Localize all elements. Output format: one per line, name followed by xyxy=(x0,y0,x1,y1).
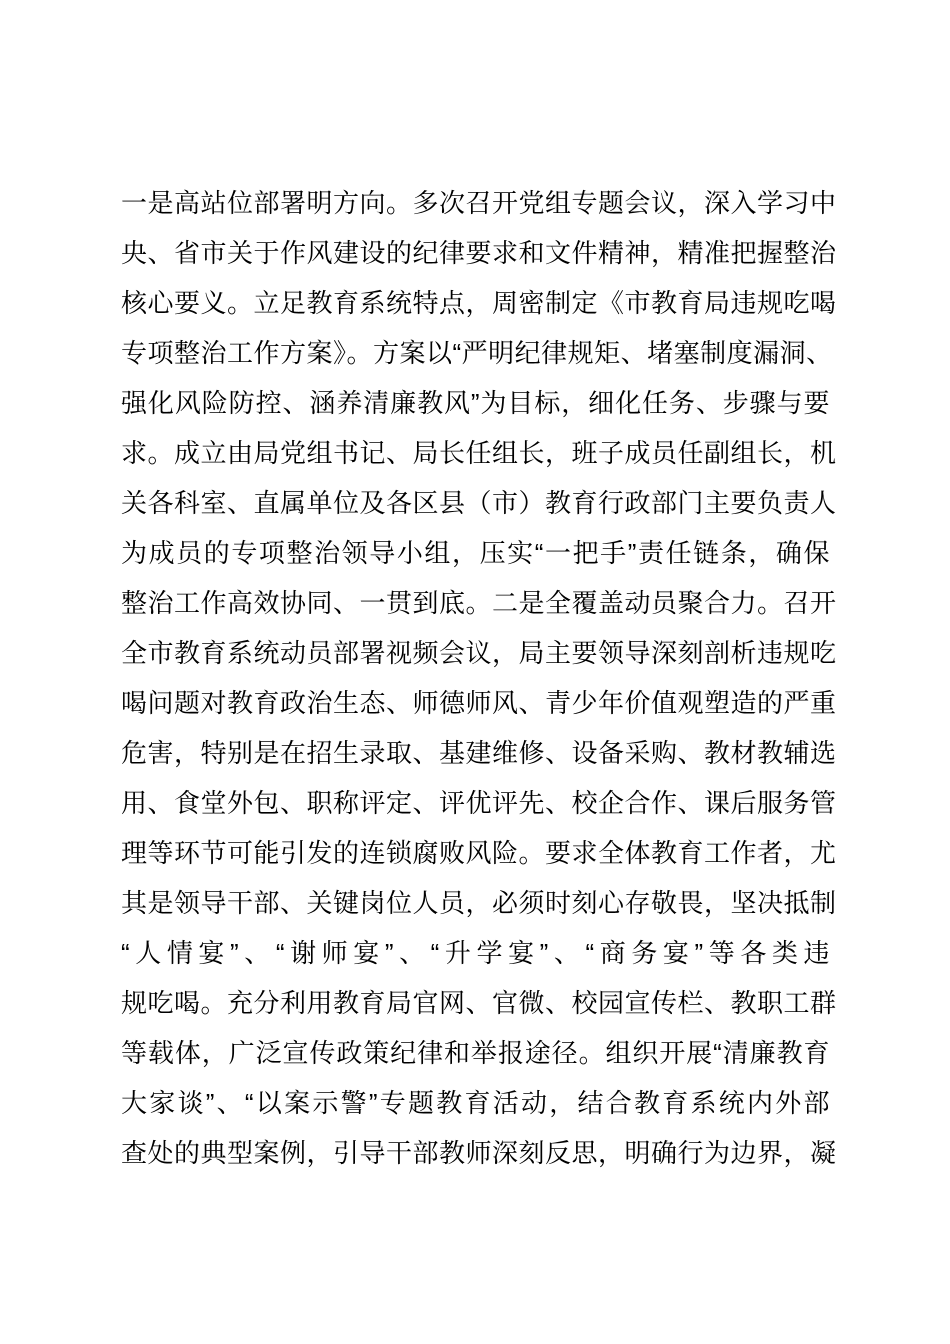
text-line: 规吃喝。充分利用教育局官网、官微、校园宣传栏、教职工群 xyxy=(121,978,830,1028)
text-line: 用、食堂外包、职称评定、评优评先、校企合作、课后服务管 xyxy=(121,778,830,828)
text-line: 为成员的专项整治领导小组，压实“一把手”责任链条，确保 xyxy=(121,528,830,578)
text-line: 强化风险防控、涵养清廉教风”为目标，细化任务、步骤与要 xyxy=(121,378,830,428)
text-line: 一是高站位部署明方向。多次召开党组专题会议，深入学习中 xyxy=(121,178,830,228)
text-line: 等载体，广泛宣传政策纪律和举报途径。组织开展“清廉教育 xyxy=(121,1028,830,1078)
text-line: 专项整治工作方案》。方案以“严明纪律规矩、堵塞制度漏洞、 xyxy=(121,328,830,378)
text-line: 喝问题对教育政治生态、师德师风、青少年价值观塑造的严重 xyxy=(121,678,830,728)
paragraph: 一是高站位部署明方向。多次召开党组专题会议，深入学习中 央、省市关于作风建设的纪… xyxy=(121,178,830,1178)
document-page: 一是高站位部署明方向。多次召开党组专题会议，深入学习中 央、省市关于作风建设的纪… xyxy=(0,0,950,1344)
text-line: 理等环节可能引发的连锁腐败风险。要求全体教育工作者，尤 xyxy=(121,828,830,878)
text-line: 整治工作高效协同、一贯到底。二是全覆盖动员聚合力。召开 xyxy=(121,578,830,628)
text-line: 其是领导干部、关键岗位人员，必须时刻心存敬畏，坚决抵制 xyxy=(121,878,830,928)
text-line: 关各科室、直属单位及各区县（市）教育行政部门主要负责人 xyxy=(121,478,830,528)
text-line: “人情宴”、“谢师宴”、“升学宴”、“商务宴”等各类违 xyxy=(121,928,830,978)
text-line: 核心要义。立足教育系统特点，周密制定《市教育局违规吃喝 xyxy=(121,278,830,328)
text-line: 危害，特别是在招生录取、基建维修、设备采购、教材教辅选 xyxy=(121,728,830,778)
text-line: 大家谈”、“以案示警”专题教育活动，结合教育系统内外部 xyxy=(121,1078,830,1128)
text-line: 央、省市关于作风建设的纪律要求和文件精神，精准把握整治 xyxy=(121,228,830,278)
text-line: 查处的典型案例，引导干部教师深刻反思，明确行为边界，凝 xyxy=(121,1128,830,1178)
text-line: 全市教育系统动员部署视频会议，局主要领导深刻剖析违规吃 xyxy=(121,628,830,678)
text-line: 求。成立由局党组书记、局长任组长，班子成员任副组长，机 xyxy=(121,428,830,478)
